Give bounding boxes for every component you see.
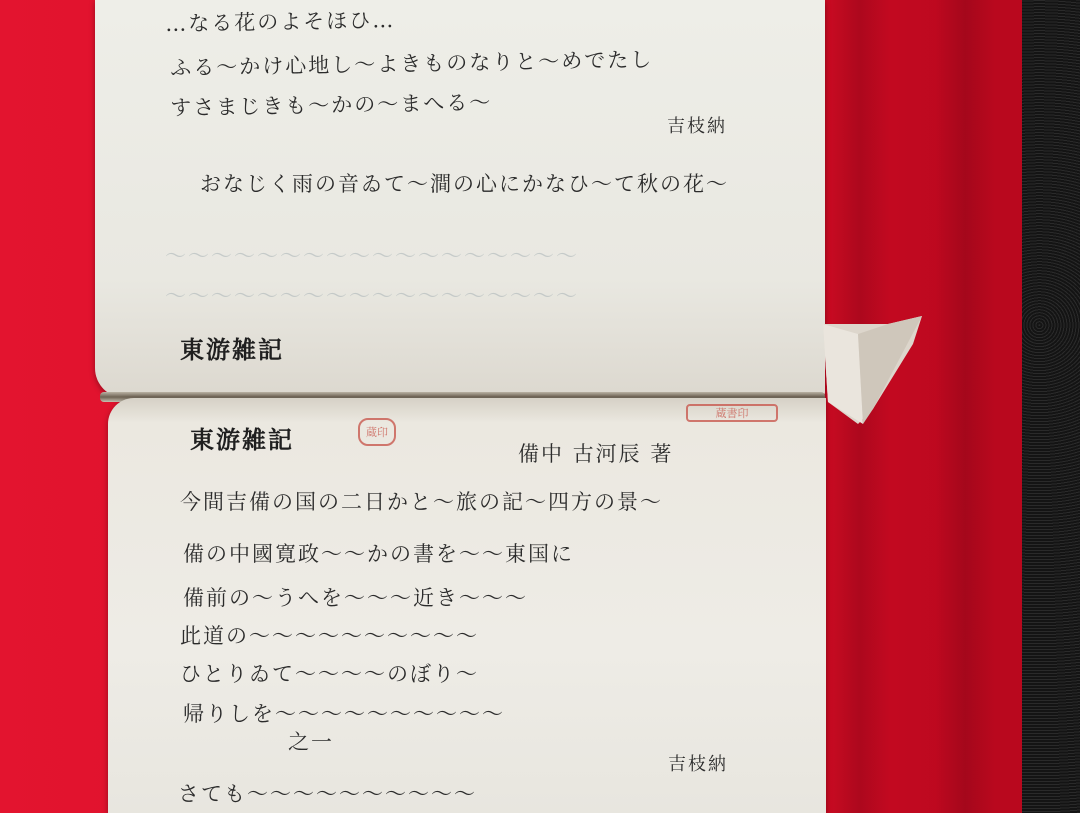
- text-line: 備前の〜うへを〜〜〜近き〜〜〜: [183, 582, 528, 612]
- lower-page: 東游雑記 蔵印 備中 古河辰 著 蔵書印 今間吉備の国の二日かと〜旅の記〜四方の…: [108, 398, 826, 813]
- cloth-fold: [935, 0, 995, 813]
- red-seal-stamp: 蔵書印: [686, 404, 778, 422]
- text-line: 備の中國寛政〜〜かの書を〜〜東国に: [183, 538, 574, 568]
- folded-paper-scrap: [818, 314, 923, 424]
- asphalt-ground: [1022, 0, 1080, 813]
- text-line: 吉枝納: [667, 112, 727, 138]
- text-line: …なる花のよそほひ…: [165, 4, 395, 38]
- text-line: ひとりゐて〜〜〜〜のぼり〜: [180, 658, 479, 688]
- text-line: すさまじきも〜かの〜まへる〜: [170, 86, 492, 122]
- bleed-through-text: 〜〜〜〜〜〜〜〜〜〜〜〜〜〜〜〜〜〜: [165, 280, 579, 310]
- book-title: 東游雑記: [190, 420, 294, 455]
- text-line: 吉枝納: [668, 750, 728, 776]
- text-line: 之一: [288, 726, 334, 756]
- book-title: 東游雑記: [180, 330, 284, 365]
- text-line: 此道の〜〜〜〜〜〜〜〜〜〜: [180, 620, 479, 650]
- text-line: おなじく雨の音ゐて〜澗の心にかなひ〜て秋の花〜: [200, 168, 729, 198]
- upper-page: …なる花のよそほひ… ふる〜かけ心地し〜よきものなりと〜めでたし すさまじきも〜…: [95, 0, 825, 398]
- red-seal-stamp: 蔵印: [358, 418, 396, 446]
- text-line: さても〜〜〜〜〜〜〜〜〜〜: [178, 778, 477, 808]
- text-line: ふる〜かけ心地し〜よきものなりと〜めでたし: [170, 44, 653, 82]
- bleed-through-text: 〜〜〜〜〜〜〜〜〜〜〜〜〜〜〜〜〜〜: [165, 240, 579, 270]
- text-line: 今間吉備の国の二日かと〜旅の記〜四方の景〜: [180, 486, 663, 516]
- author-line: 備中 古河辰 著: [518, 438, 673, 468]
- text-line: 帰りしを〜〜〜〜〜〜〜〜〜〜: [183, 698, 505, 728]
